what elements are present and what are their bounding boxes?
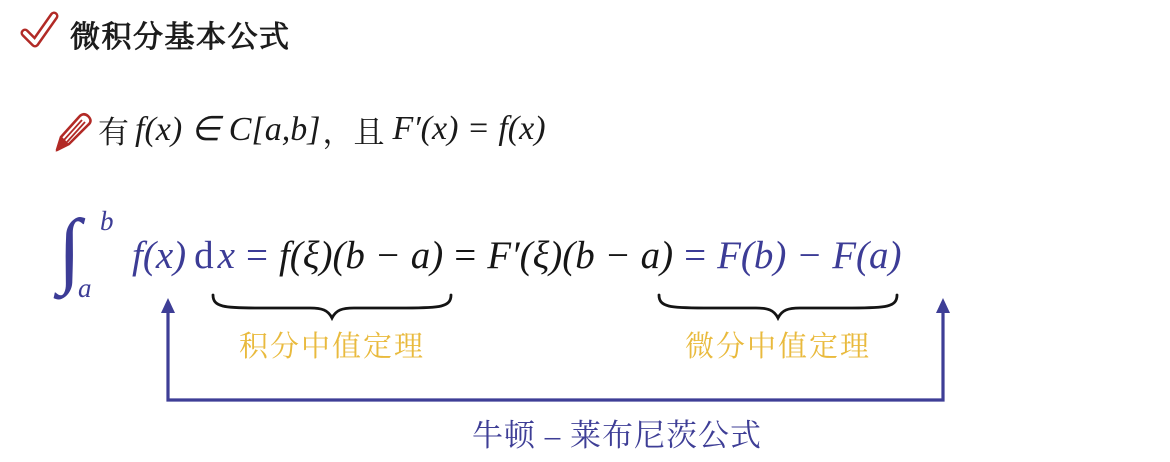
premise-lead: 有: [98, 107, 129, 152]
lagrange-term: F′(ξ)(b − a): [487, 233, 673, 278]
left-arrowhead-icon: [161, 298, 175, 313]
equals-sign-1: =: [246, 233, 268, 278]
equals-sign-3: =: [684, 233, 706, 278]
newton-leibniz-bracket-arrows: [150, 294, 960, 406]
antiderivative-term: F(b) − F(a): [717, 233, 901, 278]
right-arrowhead-icon: [936, 298, 950, 313]
equals-sign-2: =: [454, 233, 476, 278]
premise-condition-1: f(x) ∈ C[a,b]: [135, 109, 320, 149]
formula-result-segment: = F(b) − F(a): [673, 233, 901, 278]
premise-connector: ，且: [322, 107, 384, 152]
integral-lower-limit: a: [78, 275, 92, 302]
differential: dx: [194, 233, 235, 278]
newton-leibniz-label: 牛顿 – 莱布尼茨公式: [377, 410, 857, 455]
main-formula: ∫ b a f(x) dx = f(ξ)(b − a) = F′(ξ)(b − …: [58, 206, 902, 304]
integral-sign: ∫ b a: [58, 206, 128, 304]
mean-value-term: f(ξ)(b − a): [279, 233, 443, 278]
premise-line: 有 f(x) ∈ C[a,b] ，且 F′(x) = f(x): [98, 100, 546, 158]
integral-upper-limit: b: [100, 208, 114, 235]
slide-canvas: 微积分基本公式 有 f(x) ∈ C[a,b] ，且 F′(x) = f(x) …: [0, 0, 1170, 462]
formula-middle-segment: f(ξ)(b − a) = F′(ξ)(b − a): [279, 233, 673, 278]
double-check-icon: [16, 8, 62, 52]
page-title: 微积分基本公式: [70, 12, 291, 56]
premise-condition-2: F′(x) = f(x): [392, 110, 545, 148]
pencil-icon: [50, 102, 96, 158]
formula-integral-segment: ∫ b a f(x) dx =: [58, 206, 279, 304]
integrand: f(x): [132, 233, 186, 278]
